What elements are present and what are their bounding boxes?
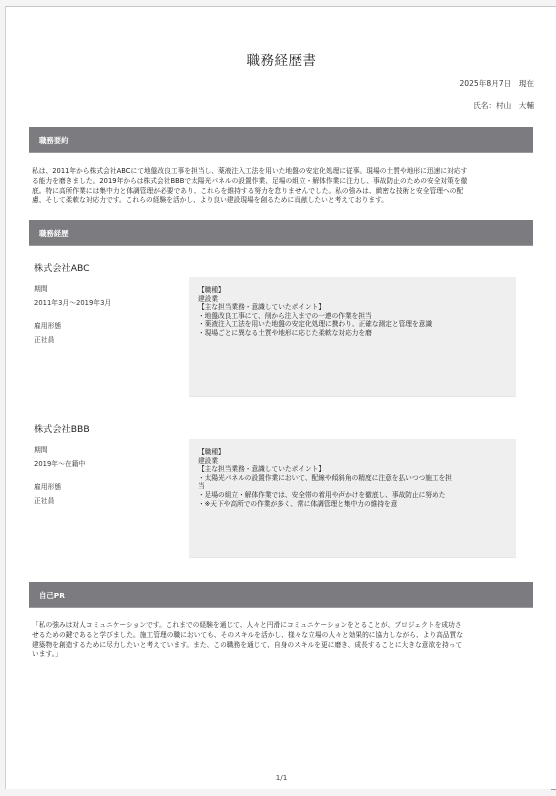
summary-line: る能力を磨きました。2019年からは株式会社BBBで太陽光パネルの設置作業、足場…	[32, 177, 528, 187]
period-value: 2011年3月～2019年3月	[34, 297, 111, 307]
detail-line: 【職種】	[198, 286, 432, 295]
detail-line: ・※天下や高所での作業が多く、常に体調管理と集中力の維持を意	[198, 500, 452, 509]
detail-line: 【主な担当業務・意識していたポイント】	[198, 303, 432, 312]
page-number: 1/1	[6, 773, 556, 782]
detail-line: 建設業	[198, 457, 452, 466]
summary-paragraph: 私は、2011年から株式会社ABCにて地盤改良工事を担当し、薬液注入工法を用いた…	[32, 167, 528, 206]
section-header-summary: 職務要約	[29, 127, 533, 153]
detail-line: ・現場ごとに異なる土質や地形に応じた柔軟な対応力を磨	[198, 329, 432, 338]
detail-line: ・薬液注入工法を用いた地盤の安定化処理に携わり、正確な測定と管理を意識	[198, 320, 432, 329]
job-detail-box: 【職種】 建設業 【主な担当業務・意識していたポイント】 ・太陽光パネルの設置作…	[189, 439, 516, 558]
self-pr-paragraph: 「私の強みは対人コミュニケーションです。これまでの経験を通じて、人々と円滑にコミ…	[32, 621, 528, 660]
detail-line: ・足場の組立・解体作業では、安全帯の着用や声かけを徹底し、事故防止に努めた	[198, 491, 452, 500]
period-label: 期間	[34, 444, 48, 454]
job-detail-box: 【職種】 建設業 【主な担当業務・意識していたポイント】 ・地盤改良工事にて、削…	[189, 277, 516, 397]
page-edge-mark	[551, 789, 556, 790]
section-heading: 職務要約	[39, 135, 69, 146]
document-title: 職務経歴書	[6, 49, 556, 69]
employment-type-value: 正社員	[34, 495, 54, 505]
self-pr-line: せるための鍵であると学びました。施工管理の職においても、そのスキルを活かし、様々…	[32, 631, 528, 641]
period-value: 2019年～在籍中	[34, 458, 85, 468]
section-header-career: 職務経歴	[29, 220, 533, 246]
self-pr-line: 「私の強みは対人コミュニケーションです。これまでの経験を通じて、人々と円滑にコミ…	[32, 621, 528, 631]
applicant-name: 氏名：村山 大輔	[473, 100, 534, 111]
detail-line: ・太陽光パネルの設置作業において、配線や傾斜角の精度に注意を払いつつ施工を担	[198, 474, 452, 483]
detail-line: 【職種】	[198, 448, 452, 457]
detail-line: 【主な担当業務・意識していたポイント】	[198, 465, 452, 474]
summary-line: 底。特に高所作業には集中力と体調管理が必要であり、これらを維持する努力を怠りませ…	[32, 187, 528, 197]
detail-line: 当	[198, 482, 452, 491]
company-name: 株式会社BBB	[34, 421, 90, 435]
self-pr-line: います。」	[32, 650, 528, 660]
section-heading: 自己PR	[39, 590, 65, 601]
employment-type-label: 雇用形態	[34, 481, 61, 491]
period-label: 期間	[34, 283, 48, 293]
self-pr-line: 建築物を創造するために尽力したいと考えています。また、この職務を通じて、自身のス…	[32, 641, 528, 651]
detail-line: 建設業	[198, 295, 432, 304]
section-heading: 職務経歴	[39, 228, 69, 239]
employment-type-value: 正社員	[34, 334, 54, 344]
document-page: 職務経歴書 2025年8月7日 現在 氏名：村山 大輔 職務要約 私は、2011…	[5, 6, 556, 789]
summary-line: 私は、2011年から株式会社ABCにて地盤改良工事を担当し、薬液注入工法を用いた…	[32, 167, 528, 177]
employment-type-label: 雇用形態	[34, 320, 61, 330]
document-date: 2025年8月7日 現在	[459, 78, 534, 89]
company-name: 株式会社ABC	[34, 260, 90, 274]
section-header-self-pr: 自己PR	[29, 582, 533, 608]
summary-line: 慮、そして柔軟な対応力です。これらの経験を活かし、より良い建設現場を創るために貢…	[32, 196, 528, 206]
